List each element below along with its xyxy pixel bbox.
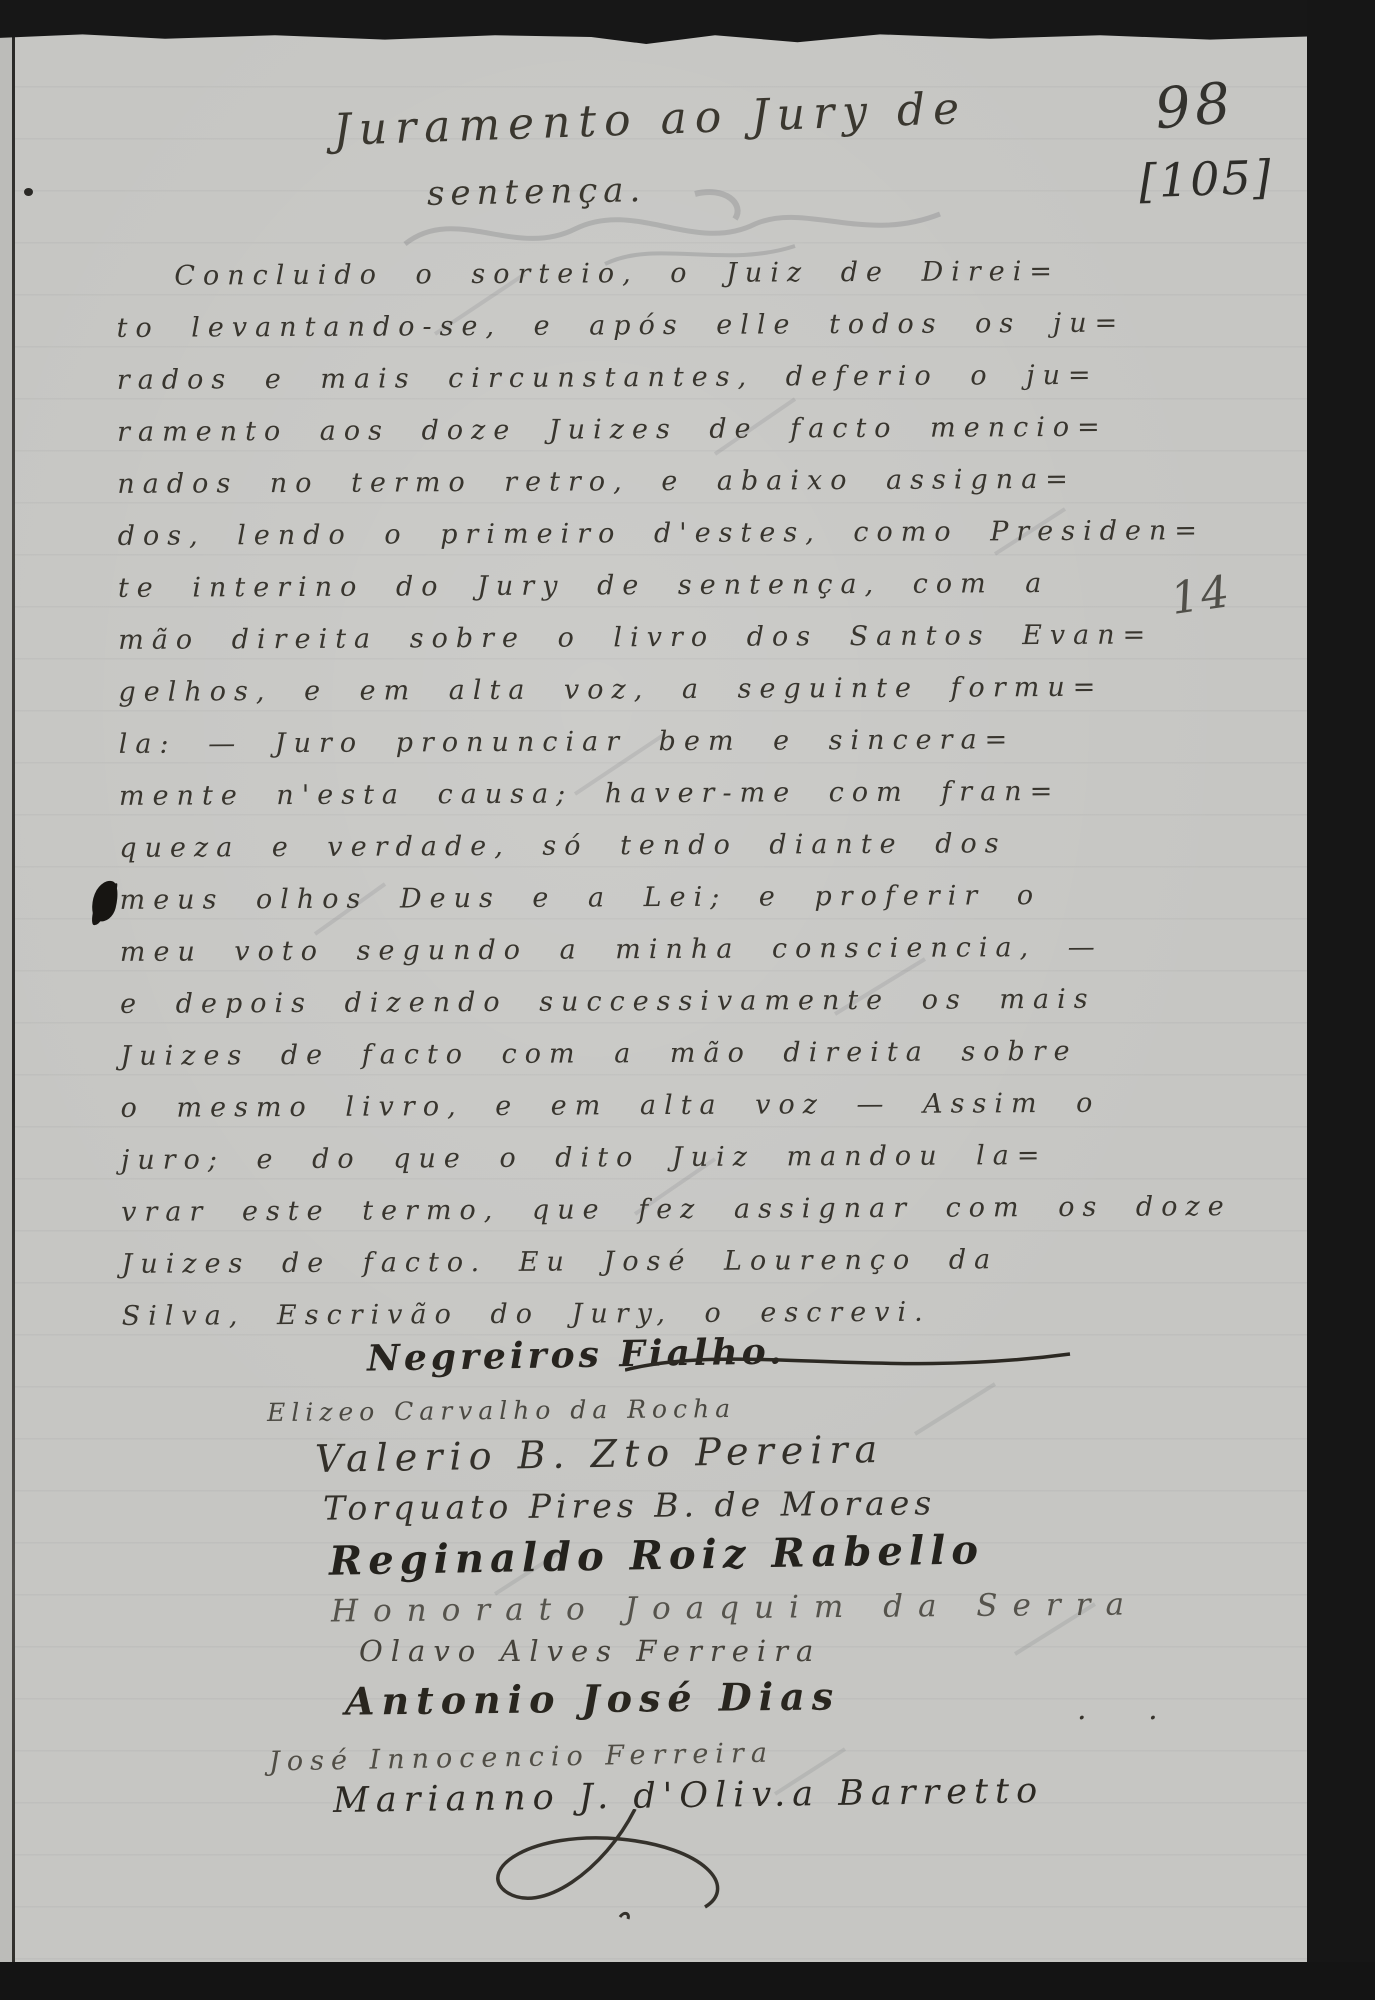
manuscript-line: ramento aos doze Juizes de facto mencio=	[117, 401, 1228, 459]
manuscript-line: e depois dizendo successivamente os mais	[120, 973, 1231, 1031]
manuscript-line: mente n'esta causa; haver-me com fran=	[119, 765, 1230, 823]
signature-antonio-jose-dias: Antonio José Dias	[345, 1673, 841, 1723]
manuscript-line: te interino do Jury de sentença, com a	[118, 557, 1229, 615]
manuscript-scan: 98 [105] Juramento ao Jury de sentença. …	[0, 0, 1375, 2000]
stray-ink-dots: . .	[1077, 1692, 1184, 1727]
margin-note: 14	[1168, 566, 1235, 625]
manuscript-line: rados e mais circunstantes, deferio o ju…	[117, 349, 1228, 407]
manuscript-line: la: — Juro pronunciar bem e sincera=	[119, 713, 1230, 771]
adjacent-page-edge	[0, 30, 12, 1965]
manuscript-line: mão direita sobre o livro dos Santos Eva…	[118, 609, 1229, 667]
signature-elizeo-carvalho-da-rocha: Elizeo Carvalho da Rocha	[267, 1394, 736, 1427]
signature-flourish-line	[625, 1340, 1075, 1390]
manuscript-line: o mesmo livro, e em alta voz — Assim o	[121, 1077, 1232, 1135]
manuscript-line: meu voto segundo a minha consciencia, —	[120, 921, 1231, 979]
manuscript-line: juro; e do que o dito Juiz mandou la=	[121, 1129, 1232, 1187]
manuscript-line: nados no termo retro, e abaixo assigna=	[117, 453, 1228, 511]
signature-olavo-alves-ferreira: Olavo Alves Ferreira	[359, 1634, 821, 1668]
manuscript-line: to levantando-se, e após elle todos os j…	[116, 297, 1227, 355]
signature-flourish-loop	[470, 1809, 810, 1929]
manuscript-line: gelhos, e em alta voz, a seguinte formu=	[118, 661, 1229, 719]
scan-border-right	[1307, 0, 1375, 2000]
manuscript-line: Juizes de facto com a mão direita sobre	[120, 1025, 1231, 1083]
manuscript-line: vrar este termo, que fez assignar com os…	[121, 1181, 1232, 1239]
manuscript-line: meus olhos Deus e a Lei; e proferir o	[119, 869, 1230, 927]
scan-border-bottom	[0, 1962, 1375, 2000]
manuscript-line: Juizes de facto. Eu José Lourenço da	[121, 1233, 1232, 1291]
signature-torquato-pires-de-moraes: Torquato Pires B. de Moraes	[323, 1483, 937, 1527]
manuscript-body: Concluido o sorteio, o Juiz de Direi= to…	[116, 245, 1232, 1343]
ink-speck	[24, 188, 33, 196]
paper-page: 98 [105] Juramento ao Jury de sentença. …	[15, 34, 1307, 1962]
manuscript-line: Concluido o sorteio, o Juiz de Direi=	[116, 245, 1227, 303]
manuscript-line: dos, lendo o primeiro d'estes, como Pres…	[118, 505, 1229, 563]
signature-honorato-joaquim-da-serra: Honorato Joaquim da Serra	[331, 1586, 1139, 1629]
manuscript-line: queza e verdade, só tendo diante dos	[119, 817, 1230, 875]
